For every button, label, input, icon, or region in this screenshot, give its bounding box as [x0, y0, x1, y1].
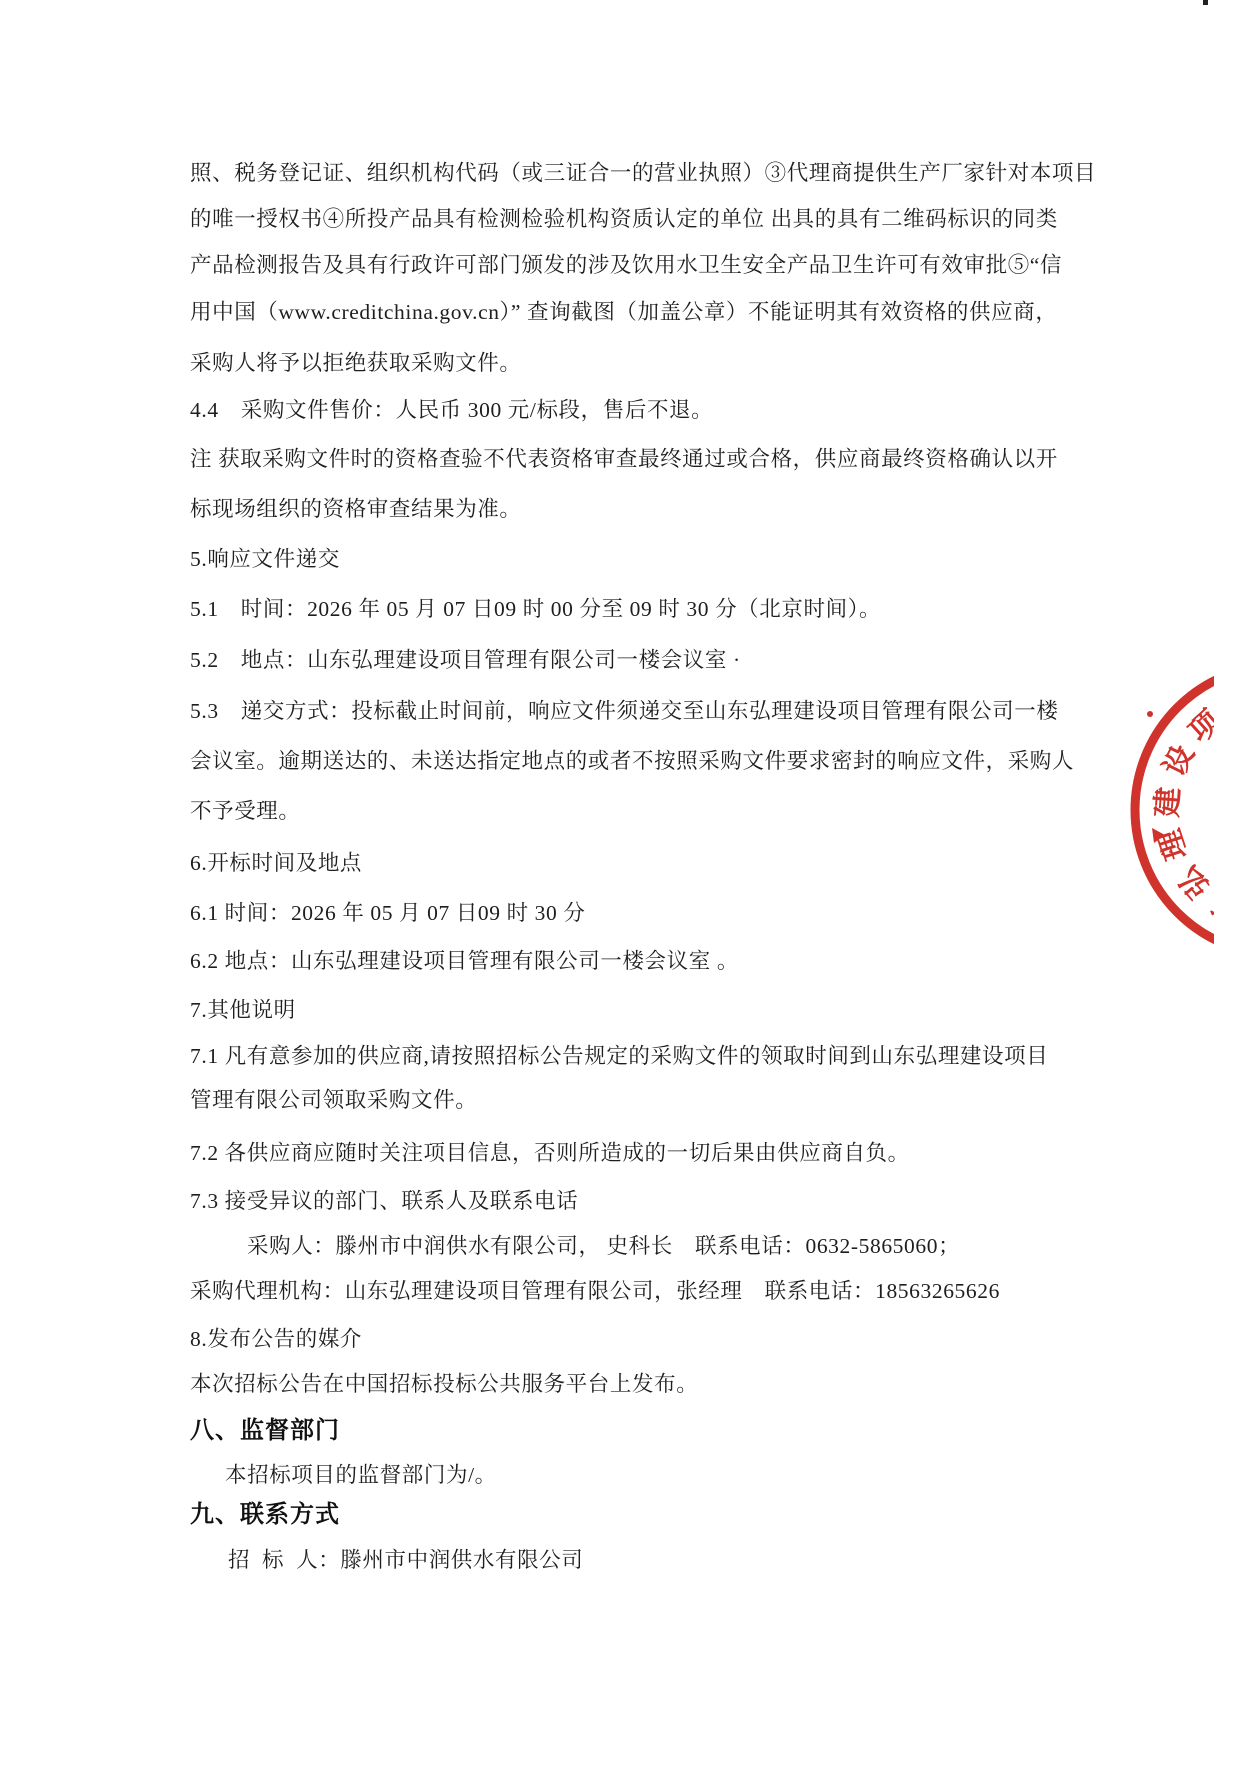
document-line-place: 5.2 地点：山东弘理建设项目管理有限公司一楼会议室 ·	[190, 647, 741, 674]
document-line: 7.2 各供应商应随时关注项目信息，否则所造成的一切后果由供应商自负。	[190, 1140, 910, 1167]
seal-ring-char: 东	[1206, 887, 1214, 930]
document-line: 本次招标公告在中国招标投标公共服务平台上发布。	[190, 1371, 698, 1398]
section-heading-contact: 九、联系方式	[190, 1500, 340, 1530]
seal-ring-char: 弘	[1171, 859, 1214, 904]
document-line-time: 6.1 时间：2026 年 05 月 07 日09 时 30 分	[190, 900, 585, 927]
document-line: 会议室。逾期送达的、未送达指定地点的或者不按照采购文件要求密封的响应文件，采购人	[190, 748, 1074, 775]
document-line: 产品检测报告及具有行政许可部门颁发的涉及饮用水卫生安全产品卫生许可有效审批⑤“信	[190, 252, 1062, 279]
document-line-price: 4.4 采购文件售价：人民币 300 元/标段，售后不退。	[190, 397, 713, 424]
section-7-heading: 7.其他说明	[190, 997, 296, 1024]
document-line: 管理有限公司领取采购文件。	[190, 1087, 477, 1114]
seal-ring-char: 理	[1153, 825, 1194, 864]
document-line: 采购人将予以拒绝获取采购文件。	[190, 350, 522, 377]
document-line: 5.3 递交方式：投标截止时间前，响应文件须递交至山东弘理建设项目管理有限公司一…	[190, 698, 1058, 725]
seal-graphic: 目 项 设 建 理 弘 东	[1128, 652, 1214, 952]
document-line-place: 6.2 地点：山东弘理建设项目管理有限公司一楼会议室 。	[190, 948, 739, 975]
seal-ink-speck	[1147, 711, 1153, 717]
document-line: 标现场组织的资格审查结果为准。	[190, 496, 522, 523]
seal-ring-char: 项	[1183, 704, 1214, 749]
document-line-note: 注 获取采购文件时的资格查验不代表资格审查最终通过或合格，供应商最终资格确认以开	[190, 446, 1058, 473]
document-line-time: 5.1 时间：2026 年 05 月 07 日09 时 00 分至 09 时 3…	[190, 596, 881, 623]
official-seal: 目 项 设 建 理 弘 东	[1128, 652, 1214, 952]
scan-speck	[1203, 0, 1208, 5]
seal-ring-char: 设	[1158, 740, 1201, 781]
section-8-heading: 8.发布公告的媒介	[190, 1326, 362, 1353]
document-line: 照、税务登记证、组织机构代码（或三证合一的营业执照）③代理商提供生产厂家针对本项…	[190, 160, 1096, 187]
document-line-tenderer: 招 标 人：滕州市中润供水有限公司	[228, 1547, 583, 1574]
document-line-agency-contact: 采购代理机构：山东弘理建设项目管理有限公司，张经理 联系电话：185632656…	[190, 1278, 1000, 1305]
document-line: 用中国（www.creditchina.gov.cn）” 查询截图（加盖公章）不…	[190, 299, 1057, 326]
section-6-heading: 6.开标时间及地点	[190, 850, 362, 877]
seal-ring-char: 建	[1151, 786, 1186, 818]
document-line: 本招标项目的监督部门为/。	[225, 1462, 497, 1489]
document-line: 的唯一授权书④所投产品具有检测检验机构资质认定的单位 出具的具有二维码标识的同类	[190, 206, 1058, 233]
section-heading-supervision: 八、监督部门	[190, 1416, 340, 1446]
section-5-heading: 5.响应文件递交	[190, 546, 340, 573]
document-page: 照、税务登记证、组织机构代码（或三证合一的营业执照）③代理商提供生产厂家针对本项…	[0, 0, 1256, 1769]
document-line: 不予受理。	[190, 798, 301, 825]
document-line-purchaser-contact: 采购人：滕州市中润供水有限公司， 史科长 联系电话：0632-5865060；	[247, 1233, 960, 1260]
document-line: 7.1 凡有意参加的供应商,请按照招标公告规定的采购文件的领取时间到山东弘理建设…	[190, 1043, 1048, 1070]
document-line: 7.3 接受异议的部门、联系人及联系电话	[190, 1188, 578, 1215]
